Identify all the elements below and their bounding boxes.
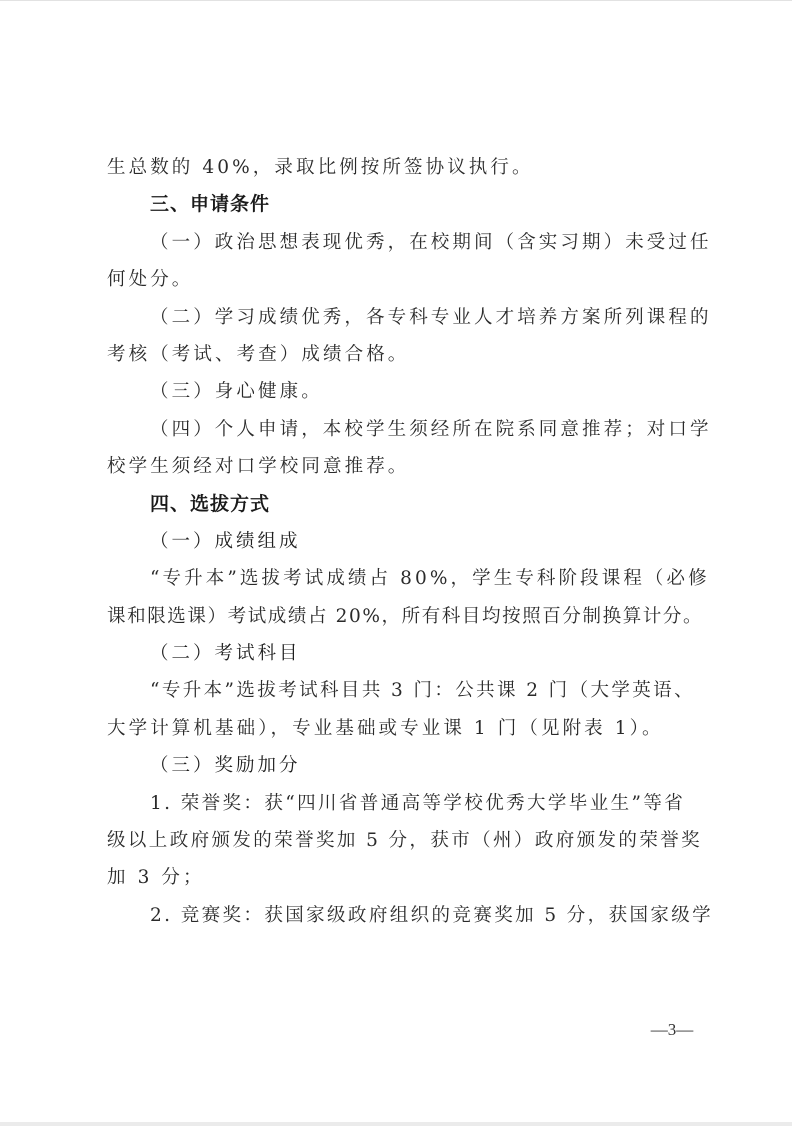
body-line: 生总数的 40%，录取比例按所签协议执行。 <box>107 149 695 186</box>
subheading-score-composition: （一）成绩组成 <box>107 523 695 560</box>
body-line: “专升本”选拔考试科目共 3 门：公共课 2 门（大学英语、 <box>107 672 695 709</box>
body-line: 考核（考试、考查）成绩合格。 <box>107 336 695 373</box>
body-line: （一）政治思想表现优秀，在校期间（含实习期）未受过任 <box>107 224 695 261</box>
body-line: “专升本”选拔考试成绩占 80%，学生专科阶段课程（必修 <box>107 560 695 597</box>
section-heading-application-conditions: 三、申请条件 <box>107 186 695 223</box>
page-number: —3— <box>648 1019 696 1041</box>
body-line: （四）个人申请，本校学生须经所在院系同意推荐；对口学 <box>107 411 695 448</box>
body-line: 1. 荣誉奖：获“四川省普通高等学校优秀大学毕业生”等省 <box>107 785 695 822</box>
bottom-border <box>0 1122 792 1126</box>
body-line: 2. 竞赛奖：获国家级政府组织的竞赛奖加 5 分，获国家级学 <box>107 897 695 934</box>
body-line: 加 3 分； <box>107 859 695 896</box>
section-heading-selection-method: 四、选拔方式 <box>107 486 695 523</box>
subheading-bonus-points: （三）奖励加分 <box>107 747 695 784</box>
body-line: 课和限选课）考试成绩占 20%，所有科目均按照百分制换算计分。 <box>107 598 695 635</box>
document-page-body: 生总数的 40%，录取比例按所签协议执行。 三、申请条件 （一）政治思想表现优秀… <box>107 149 695 934</box>
body-line: 校学生须经对口学校同意推荐。 <box>107 448 695 485</box>
body-line: 大学计算机基础），专业基础或专业课 1 门（见附表 1）。 <box>107 710 695 747</box>
subheading-exam-subjects: （二）考试科目 <box>107 635 695 672</box>
body-line: （二）学习成绩优秀，各专科专业人才培养方案所列课程的 <box>107 299 695 336</box>
body-line: 何处分。 <box>107 261 695 298</box>
body-line: 级以上政府颁发的荣誉奖加 5 分，获市（州）政府颁发的荣誉奖 <box>107 822 695 859</box>
top-border <box>0 0 792 1</box>
body-line: （三）身心健康。 <box>107 373 695 410</box>
